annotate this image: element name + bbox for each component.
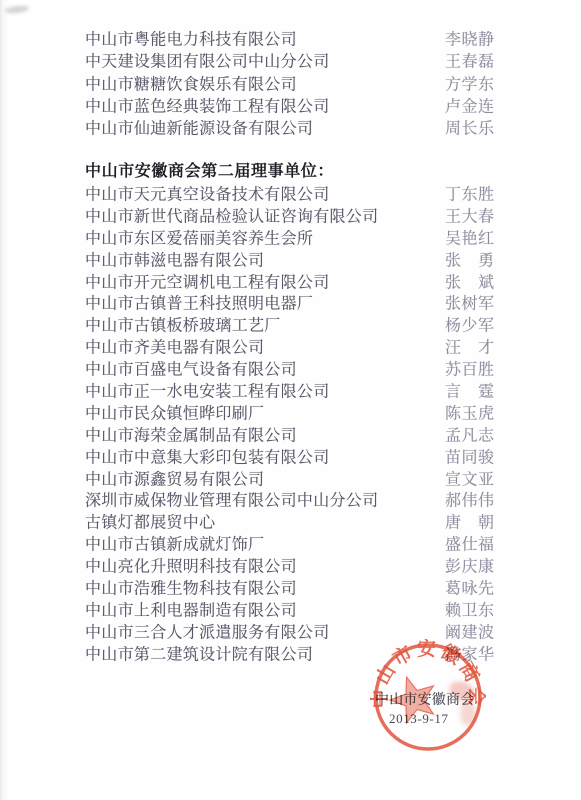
person-name: 盛仕福 [445, 532, 495, 555]
person-name: 丁东胜 [445, 181, 495, 204]
company-name: 中山市古镇新成就灯饰厂 [85, 532, 264, 555]
list-item: 中山市齐美电器有限公司汪 才 [0, 335, 581, 357]
person-name: 葛咏先 [445, 575, 495, 598]
list-item: 中山市韩滋电器有限公司张 勇 [0, 248, 581, 270]
company-name: 中山市仙迪新能源设备有限公司 [85, 116, 313, 139]
person-name: 陈玉虎 [445, 400, 495, 423]
person-name: 杨少军 [445, 313, 495, 336]
company-name: 中山市古镇普王科技照明电器厂 [85, 291, 313, 314]
list-item: 中山市古镇板桥玻璃工艺厂杨少军 [0, 313, 581, 335]
person-name: 苗同骏 [445, 444, 495, 467]
person-name: 宣文亚 [445, 466, 495, 489]
person-name: 孟凡志 [445, 422, 495, 445]
company-name: 中山市粤能电力科技有限公司 [85, 27, 297, 50]
company-name: 中山市三合人才派遣服务有限公司 [85, 619, 330, 642]
person-name: 王春磊 [445, 49, 495, 72]
list-item: 中山市仙迪新能源设备有限公司周长乐 [0, 116, 581, 138]
company-name: 中山亮化升照明科技有限公司 [85, 554, 297, 577]
scanned-document-page: 中山市粤能电力科技有限公司李晓静中天建设集团有限公司中山分公司王春磊中山市糖糖饮… [0, 0, 581, 800]
person-name: 周长乐 [445, 116, 495, 139]
company-name: 中山市上利电器制造有限公司 [85, 597, 297, 620]
company-name: 中山市中意集大彩印包装有限公司 [85, 444, 330, 467]
list-item: 中山亮化升照明科技有限公司彭庆康 [0, 554, 581, 576]
company-name: 中山市正一水电安装工程有限公司 [85, 378, 330, 401]
company-name: 中山市东区爱蓓丽美容养生会所 [85, 225, 313, 248]
person-name: 张树军 [445, 291, 495, 314]
scan-smudge [5, 5, 30, 15]
company-name: 中山市民众镇恒晔印刷厂 [85, 400, 264, 423]
list-item: 中山市上利电器制造有限公司赖卫东 [0, 598, 581, 620]
company-name: 中山市百盛电气设备有限公司 [85, 357, 297, 380]
list-item: 中天建设集团有限公司中山分公司王春磊 [0, 49, 581, 71]
list-item: 中山市浩雅生物科技有限公司葛咏先 [0, 576, 581, 598]
list-item: 中山市第二建筑设计院有限公司冯家华 [0, 642, 581, 664]
seal-arc-text: 中山市安徽商会 [370, 639, 486, 709]
list-item: 中山市中意集大彩印包装有限公司苗同骏 [0, 445, 581, 467]
person-name: 李晓静 [445, 27, 495, 50]
company-name: 中山市第二建筑设计院有限公司 [85, 641, 313, 664]
person-name: 王大春 [445, 203, 495, 226]
person-name: 汪 才 [445, 335, 495, 358]
person-name: 张 勇 [445, 247, 495, 270]
list-item: 中山市粤能电力科技有限公司李晓静 [0, 27, 581, 49]
company-name: 中山市开元空调机电工程有限公司 [85, 269, 330, 292]
list-item: 中山市古镇新成就灯饰厂盛仕福 [0, 532, 581, 554]
list-item: 中山市正一水电安装工程有限公司言 霆 [0, 379, 581, 401]
company-name: 中天建设集团有限公司中山分公司 [85, 49, 330, 72]
company-name: 中山市蓝色经典装饰工程有限公司 [85, 94, 330, 117]
company-name: 中山市浩雅生物科技有限公司 [85, 575, 297, 598]
list-item: 中山市开元空调机电工程有限公司张 斌 [0, 270, 581, 292]
person-name: 张 斌 [445, 269, 495, 292]
list-item: 中山市蓝色经典装饰工程有限公司卢金连 [0, 94, 581, 116]
company-name: 深圳市威保物业管理有限公司中山分公司 [85, 488, 378, 511]
section-header-directors: 中山市安徽商会第二届理事单位： [85, 161, 334, 183]
list-item: 中山市三合人才派遣服务有限公司阚建波 [0, 620, 581, 642]
member-list-directors: 中山市天元真空设备技术有限公司丁东胜中山市新世代商品检验认证咨询有限公司王大春中… [0, 182, 581, 664]
list-item: 中山市源鑫贸易有限公司宣文亚 [0, 467, 581, 489]
person-name: 苏百胜 [445, 357, 495, 380]
official-seal: 中山市安徽商会 [370, 639, 486, 755]
person-name: 唐 朝 [445, 510, 495, 533]
person-name: 吴艳红 [445, 225, 495, 248]
list-item: 中山市百盛电气设备有限公司苏百胜 [0, 357, 581, 379]
list-item: 古镇灯都展贸中心唐 朝 [0, 510, 581, 532]
list-item: 中山市糖糖饮食娱乐有限公司方学东 [0, 72, 581, 94]
company-name: 古镇灯都展贸中心 [85, 510, 215, 533]
person-name: 卢金连 [445, 94, 495, 117]
company-name: 中山市海荣金属制品有限公司 [85, 422, 297, 445]
company-name: 中山市古镇板桥玻璃工艺厂 [85, 313, 281, 336]
company-name: 中山市新世代商品检验认证咨询有限公司 [85, 203, 378, 226]
person-name: 言 霆 [445, 378, 495, 401]
person-name: 郝伟伟 [445, 488, 495, 511]
company-name: 中山市天元真空设备技术有限公司 [85, 181, 330, 204]
list-item: 中山市民众镇恒晔印刷厂陈玉虎 [0, 401, 581, 423]
member-list-top: 中山市粤能电力科技有限公司李晓静中天建设集团有限公司中山分公司王春磊中山市糖糖饮… [0, 27, 581, 138]
list-item: 中山市海荣金属制品有限公司孟凡志 [0, 423, 581, 445]
company-name: 中山市糖糖饮食娱乐有限公司 [85, 71, 297, 94]
list-item: 中山市天元真空设备技术有限公司丁东胜 [0, 182, 581, 204]
company-name: 中山市源鑫贸易有限公司 [85, 466, 264, 489]
person-name: 彭庆康 [445, 554, 495, 577]
list-item: 中山市古镇普王科技照明电器厂张树军 [0, 291, 581, 313]
person-name: 方学东 [445, 71, 495, 94]
list-item: 中山市新世代商品检验认证咨询有限公司王大春 [0, 204, 581, 226]
company-name: 中山市齐美电器有限公司 [85, 335, 264, 358]
person-name: 赖卫东 [445, 597, 495, 620]
list-item: 中山市东区爱蓓丽美容养生会所吴艳红 [0, 226, 581, 248]
list-item: 深圳市威保物业管理有限公司中山分公司郝伟伟 [0, 488, 581, 510]
company-name: 中山市韩滋电器有限公司 [85, 247, 264, 270]
